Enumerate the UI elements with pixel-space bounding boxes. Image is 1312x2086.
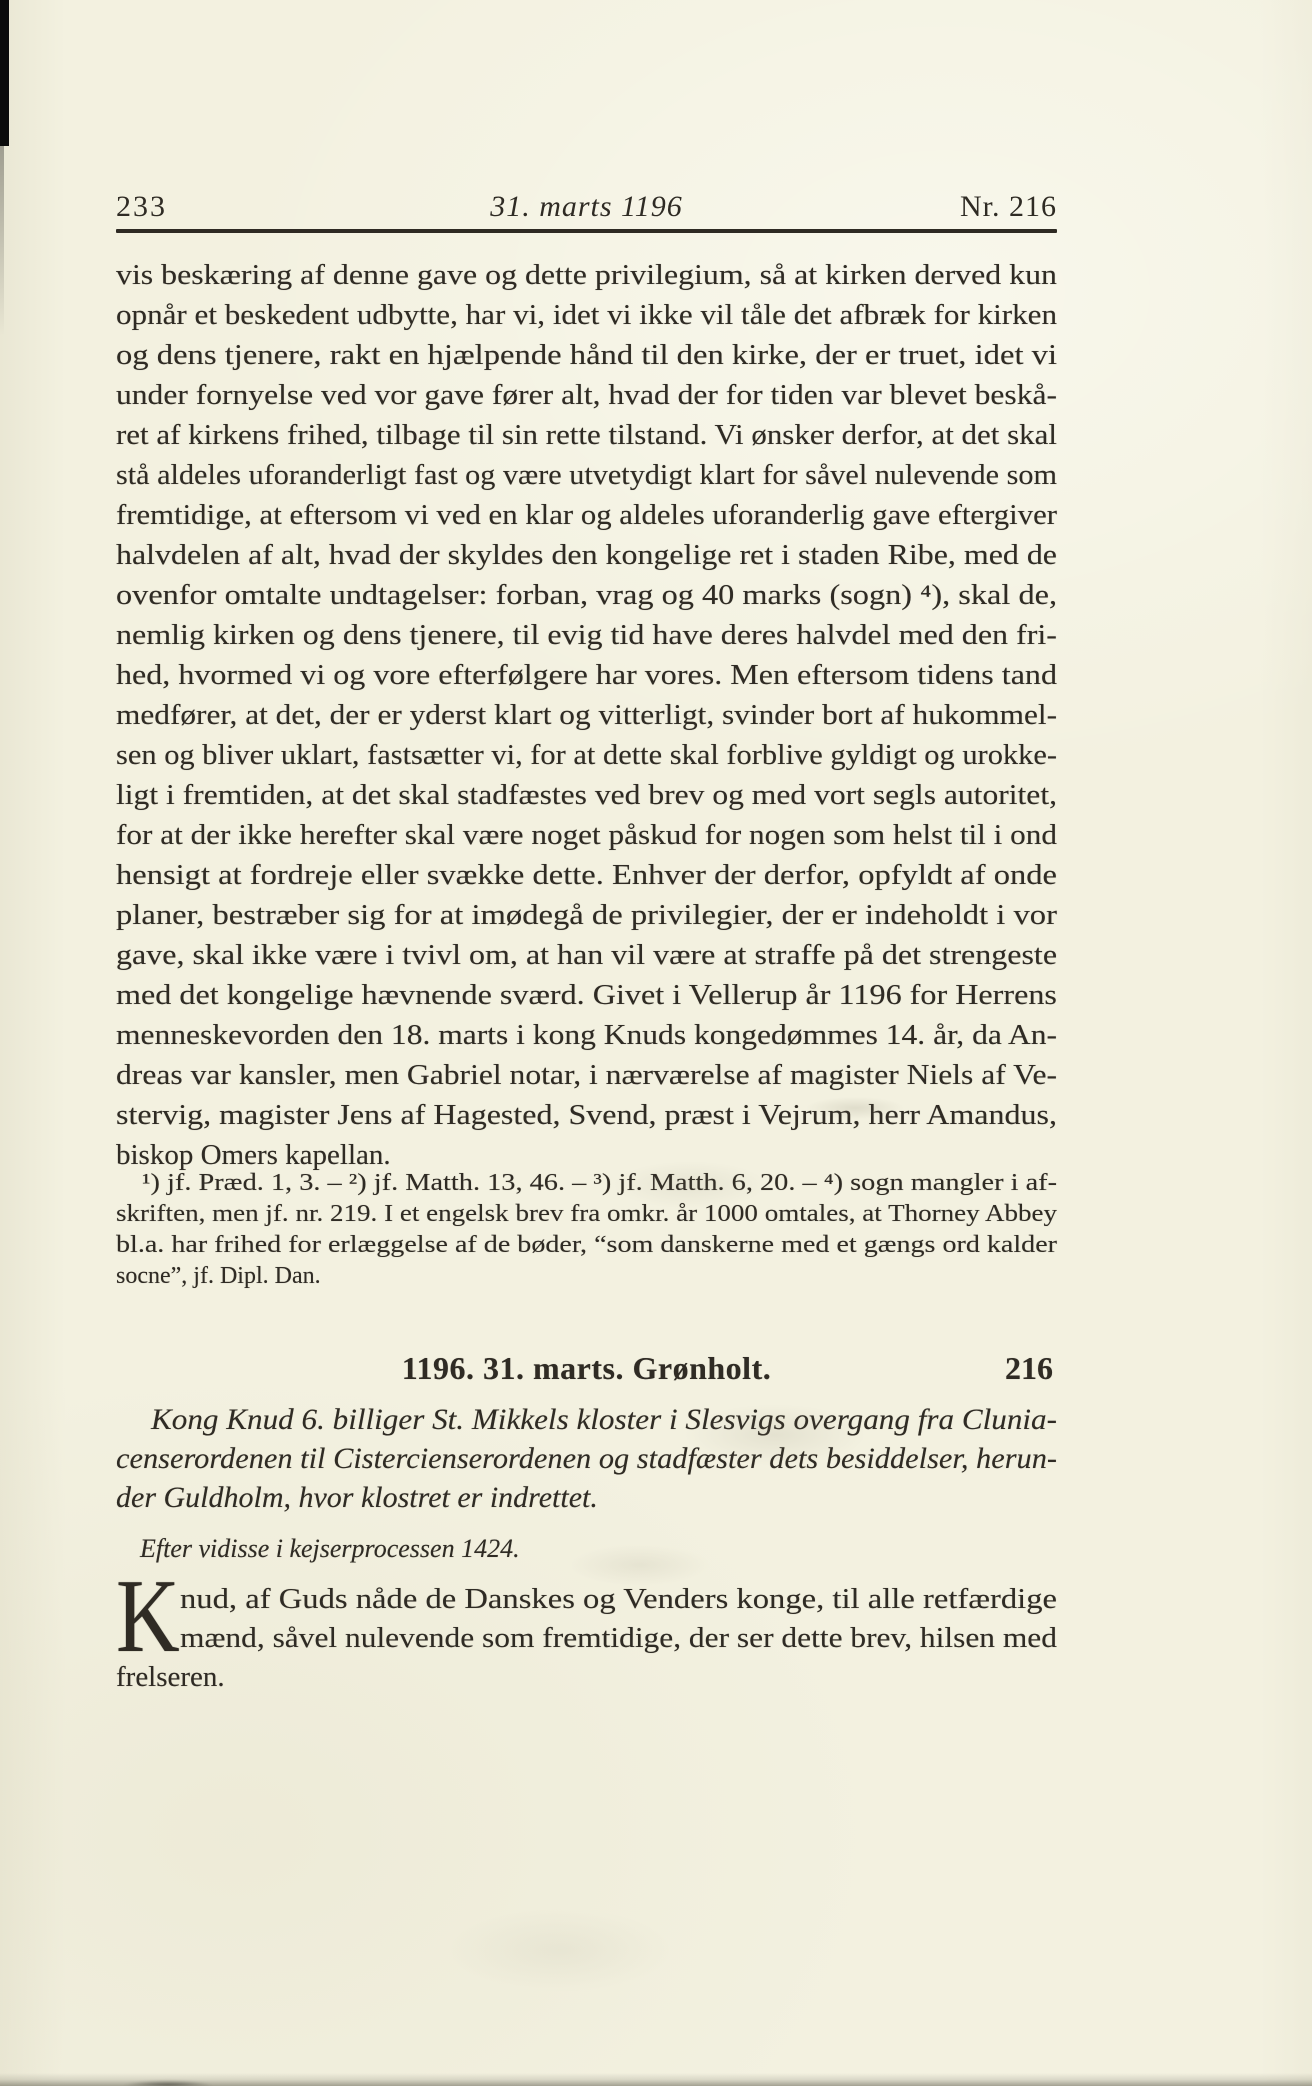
- body-line-text: ret af kirkens frihed, tilbage til sin r…: [116, 415, 1057, 455]
- footnote-line-text: skriften, men jf. nr. 219. I et engelsk …: [116, 1199, 1057, 1230]
- footnote-line: bl.a. har frihed for erlæggelse af de bø…: [116, 1230, 1057, 1261]
- header-rule: [116, 229, 1057, 233]
- body-line-text: ovenfor omtalte undtagelser: forban, vra…: [116, 575, 1057, 615]
- running-head-date: 31. marts 1196: [490, 184, 683, 230]
- page-header: 233 31. marts 1196 Nr. 216: [116, 184, 1057, 230]
- letter-paragraph: K nud, af Guds nåde de Danskes og Vender…: [116, 1580, 1057, 1697]
- body-line-text: stervig, magister Jens af Hagested, Sven…: [116, 1095, 1057, 1135]
- body-line: stå aldeles uforanderligt fast og være u…: [116, 455, 1057, 495]
- section-heading: 1196. 31. marts. Grønholt.: [116, 1348, 1057, 1388]
- letter-line: frelseren.: [116, 1658, 1057, 1697]
- body-line: og dens tjenere, rakt en hjælpende hånd …: [116, 335, 1057, 375]
- footnote-line-text: bl.a. har frihed for erlæggelse af de bø…: [116, 1230, 1057, 1261]
- body-line-text: dreas var kansler, men Gabriel notar, i …: [116, 1055, 1057, 1095]
- scan-edge-artifact-fade: [0, 146, 4, 336]
- body-line: stervig, magister Jens af Hagested, Sven…: [116, 1095, 1057, 1135]
- letter-line-text: frelseren.: [116, 1658, 225, 1697]
- summary-line: der Guldholm, hvor klostret er indrettet…: [116, 1478, 1057, 1517]
- letter-lines: nud, af Guds nåde de Danskes og Venders …: [116, 1580, 1057, 1697]
- body-line-text: og dens tjenere, rakt en hjælpende hånd …: [116, 335, 1057, 375]
- bottom-edge-smudge: [118, 2074, 218, 2086]
- summary-line: censerordenen til Cistercienserordenen o…: [116, 1439, 1057, 1478]
- body-line: ret af kirkens frihed, tilbage til sin r…: [116, 415, 1057, 455]
- body-line-text: ligt i fremtiden, at det skal stadfæstes…: [116, 775, 1057, 815]
- body-line: menneskevorden den 18. marts i kong Knud…: [116, 1015, 1057, 1055]
- document-number: Nr. 216: [960, 184, 1057, 230]
- letter-line-text: nud, af Guds nåde de Danskes og Venders …: [180, 1580, 1057, 1619]
- body-line: hed, hvormed vi og vore efterfølgere har…: [116, 655, 1057, 695]
- summary-paragraph: Kong Knud 6. billiger St. Mikkels kloste…: [116, 1400, 1057, 1517]
- footnote-line: skriften, men jf. nr. 219. I et engelsk …: [116, 1199, 1057, 1230]
- body-line: ovenfor omtalte undtagelser: forban, vra…: [116, 575, 1057, 615]
- scan-edge-artifact: [0, 0, 9, 146]
- body-line-text: for at der ikke herefter skal være noget…: [116, 815, 1057, 855]
- body-line-text: menneskevorden den 18. marts i kong Knud…: [116, 1015, 1057, 1055]
- drop-cap-initial: K: [116, 1563, 180, 1668]
- body-line: ligt i fremtiden, at det skal stadfæstes…: [116, 775, 1057, 815]
- body-line: under fornyelse ved vor gave fører alt, …: [116, 375, 1057, 415]
- body-line: fremtidige, at eftersom vi ved en klar o…: [116, 495, 1057, 535]
- body-line: med det kongelige hævnende sværd. Givet …: [116, 975, 1057, 1015]
- section-heading-row: 1196. 31. marts. Grønholt. 216: [116, 1348, 1057, 1388]
- body-line: sen og bliver uklart, fastsætter vi, for…: [116, 735, 1057, 775]
- body-line: halvdelen af alt, hvad der skyldes den k…: [116, 535, 1057, 575]
- footnote-line-text: socne”, jf. Dipl. Dan.: [116, 1261, 321, 1292]
- body-line: dreas var kansler, men Gabriel notar, i …: [116, 1055, 1057, 1095]
- summary-line: Kong Knud 6. billiger St. Mikkels kloste…: [116, 1400, 1057, 1439]
- body-line-text: hed, hvormed vi og vore efterfølgere har…: [116, 655, 1057, 695]
- body-line: hensigt at fordreje eller svække dette. …: [116, 855, 1057, 895]
- body-line-text: medfører, at det, der er yderst klart og…: [116, 695, 1057, 735]
- body-paragraph: vis beskæring af denne gave og dette pri…: [116, 255, 1057, 1175]
- body-line: nemlig kirken og dens tjenere, til evig …: [116, 615, 1057, 655]
- body-line: gave, skal ikke være i tvivl om, at han …: [116, 935, 1057, 975]
- summary-line-text: der Guldholm, hvor klostret er indrettet…: [116, 1478, 598, 1517]
- body-line-text: vis beskæring af denne gave og dette pri…: [116, 255, 1057, 295]
- body-line: vis beskæring af denne gave og dette pri…: [116, 255, 1057, 295]
- body-line-text: sen og bliver uklart, fastsætter vi, for…: [116, 735, 1057, 775]
- footnote-line: socne”, jf. Dipl. Dan.: [116, 1261, 1057, 1292]
- section-number: 216: [1005, 1348, 1053, 1388]
- letter-line: mænd, såvel nulevende som fremtidige, de…: [116, 1619, 1057, 1658]
- footnotes: ¹) jf. Præd. 1, 3. – ²) jf. Matth. 13, 4…: [116, 1168, 1057, 1292]
- body-line-text: halvdelen af alt, hvad der skyldes den k…: [116, 535, 1057, 575]
- page-number: 233: [116, 184, 167, 230]
- footnote-line-text: ¹) jf. Præd. 1, 3. – ²) jf. Matth. 13, 4…: [142, 1168, 1057, 1199]
- body-line-text: med det kongelige hævnende sværd. Givet …: [116, 975, 1057, 1015]
- body-line-text: hensigt at fordreje eller svække dette. …: [116, 855, 1057, 895]
- footnote-line: ¹) jf. Præd. 1, 3. – ²) jf. Matth. 13, 4…: [116, 1168, 1057, 1199]
- letter-line: nud, af Guds nåde de Danskes og Venders …: [116, 1580, 1057, 1619]
- body-line-text: under fornyelse ved vor gave fører alt, …: [116, 375, 1057, 415]
- body-line: medfører, at det, der er yderst klart og…: [116, 695, 1057, 735]
- body-line: for at der ikke herefter skal være noget…: [116, 815, 1057, 855]
- body-line-text: planer, bestræber sig for at imødegå de …: [116, 895, 1057, 935]
- source-note-text: Efter vidisse i kejserprocessen 1424.: [140, 1532, 520, 1566]
- body-line-text: gave, skal ikke være i tvivl om, at han …: [116, 935, 1057, 975]
- body-line-text: nemlig kirken og dens tjenere, til evig …: [116, 615, 1057, 655]
- body-line-text: opnår et beskedent udbytte, har vi, idet…: [116, 295, 1057, 335]
- letter-line-text: mænd, såvel nulevende som fremtidige, de…: [180, 1619, 1057, 1658]
- summary-line-text: Kong Knud 6. billiger St. Mikkels kloste…: [151, 1400, 1057, 1439]
- source-note: Efter vidisse i kejserprocessen 1424.: [140, 1532, 1040, 1566]
- body-line-text: stå aldeles uforanderligt fast og være u…: [116, 455, 1057, 495]
- body-line: planer, bestræber sig for at imødegå de …: [116, 895, 1057, 935]
- body-line-text: fremtidige, at eftersom vi ved en klar o…: [116, 495, 1057, 535]
- scanned-book-page: 233 31. marts 1196 Nr. 216 vis beskæring…: [0, 0, 1312, 2086]
- body-line: opnår et beskedent udbytte, har vi, idet…: [116, 295, 1057, 335]
- summary-line-text: censerordenen til Cistercienserordenen o…: [116, 1439, 1057, 1478]
